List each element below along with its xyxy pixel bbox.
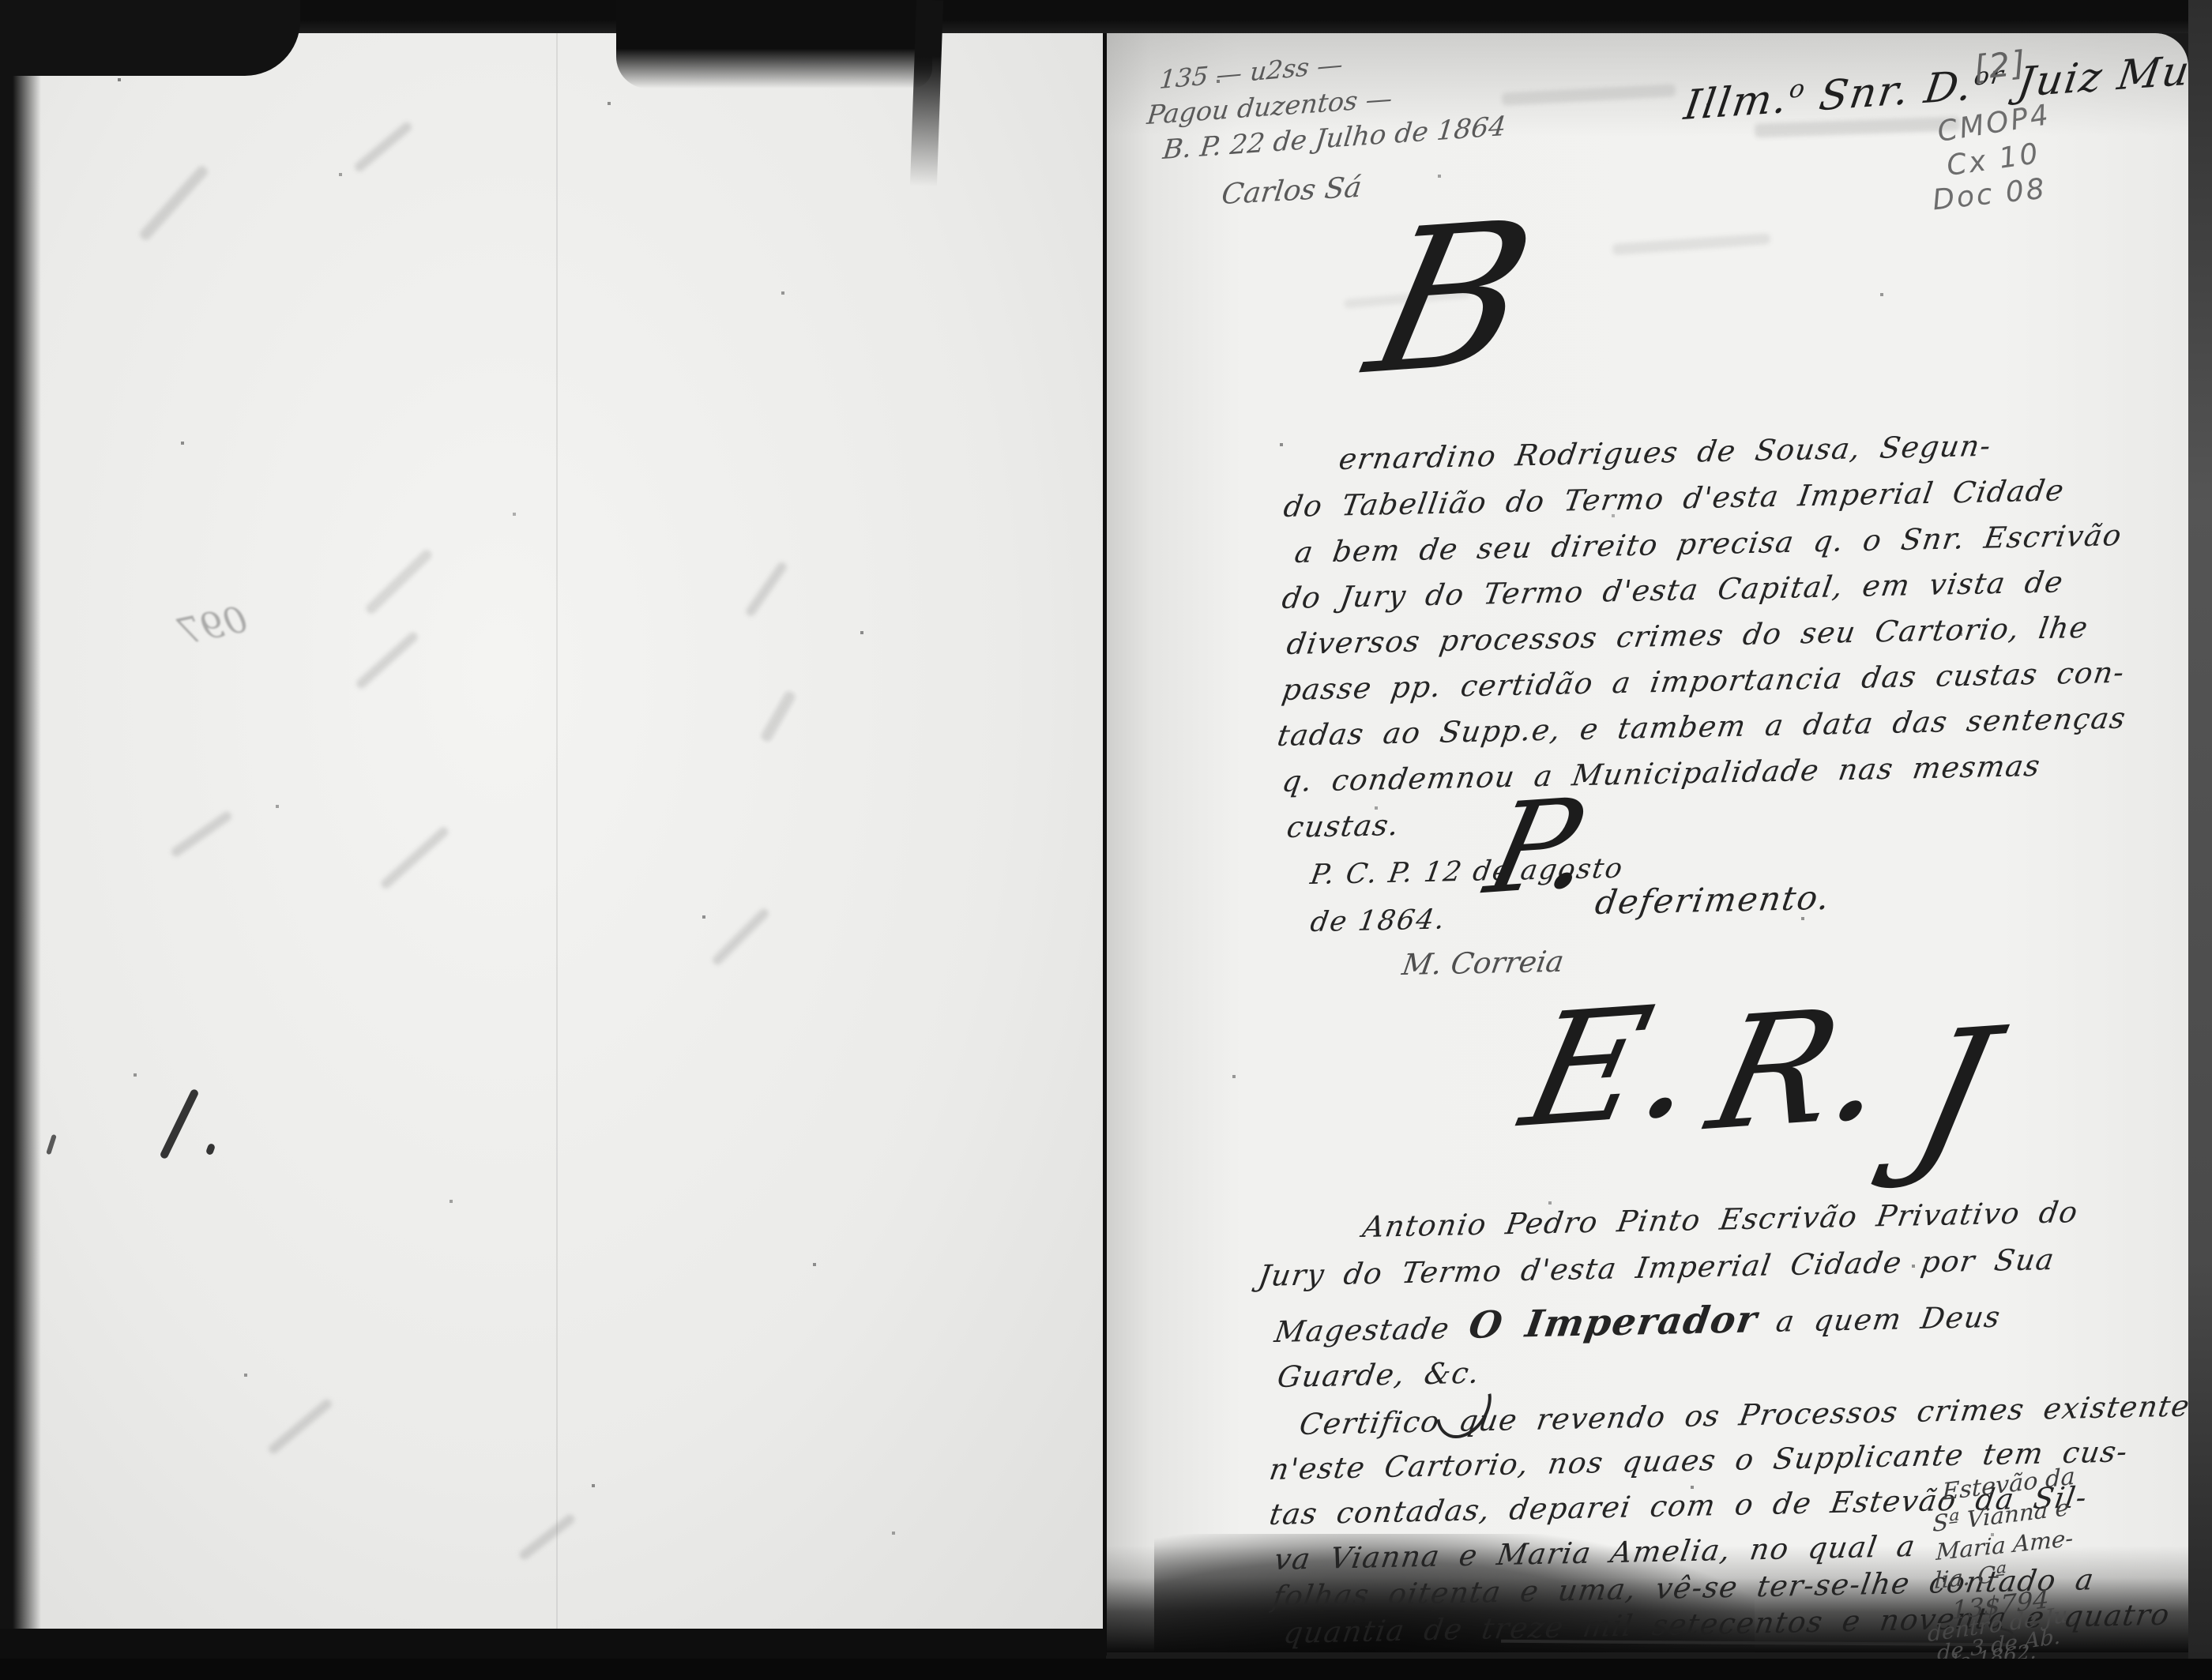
bleedthrough-smudge (744, 561, 788, 618)
page-fold-line (1103, 32, 1107, 1656)
heading-text: Illm. (1681, 75, 1792, 130)
bleedthrough-smudge (364, 548, 434, 616)
petition-date-line2: de 1864. (1308, 904, 1448, 938)
bleedthrough-numeral: 097 (174, 597, 250, 653)
scan-bottom-border (0, 1659, 2212, 1680)
left-blank-page: 097 (8, 32, 1103, 1629)
scan-left-border (0, 0, 41, 1680)
deferral-text: deferimento. (1593, 878, 1834, 922)
scan-top-border (0, 0, 2212, 33)
scan-right-border (2188, 0, 2212, 1680)
pencil-corner-mark: [2] (1972, 43, 2030, 88)
bleedthrough-smudge (711, 907, 771, 967)
petition-line: custas. (1285, 808, 1402, 844)
petition-signature: M. Correia (1400, 945, 1567, 982)
bleedthrough-smudge (138, 164, 210, 242)
scan-fold-artifact (556, 32, 558, 1629)
bleedthrough-smudge (355, 630, 419, 690)
bleedthrough-smudge (267, 1397, 333, 1455)
bleedthrough-smudge (517, 1513, 576, 1562)
certificate-text: Magestade (1272, 1311, 1452, 1349)
ink-dot (205, 1143, 216, 1156)
bleedthrough-smudge (170, 810, 234, 858)
ink-stroke (159, 1088, 199, 1160)
scan-top-shadow (616, 0, 932, 88)
certificate-text: a quem Deus (1774, 1300, 2003, 1339)
scan-top-corner-shadow (0, 0, 300, 76)
paper-specks (1107, 33, 1108, 35)
er-letter-e: E. (1514, 990, 1711, 1142)
er-letter-r: R. (1700, 994, 1901, 1146)
ink-stroke (46, 1134, 57, 1156)
bleedthrough-smudge (759, 690, 796, 743)
bleedthrough-smudge (353, 120, 414, 173)
bleedthrough-smudge (379, 825, 450, 891)
bleedthrough-smudge (1612, 233, 1770, 255)
imperador-emphasis: O Imperador (1466, 1298, 1761, 1347)
